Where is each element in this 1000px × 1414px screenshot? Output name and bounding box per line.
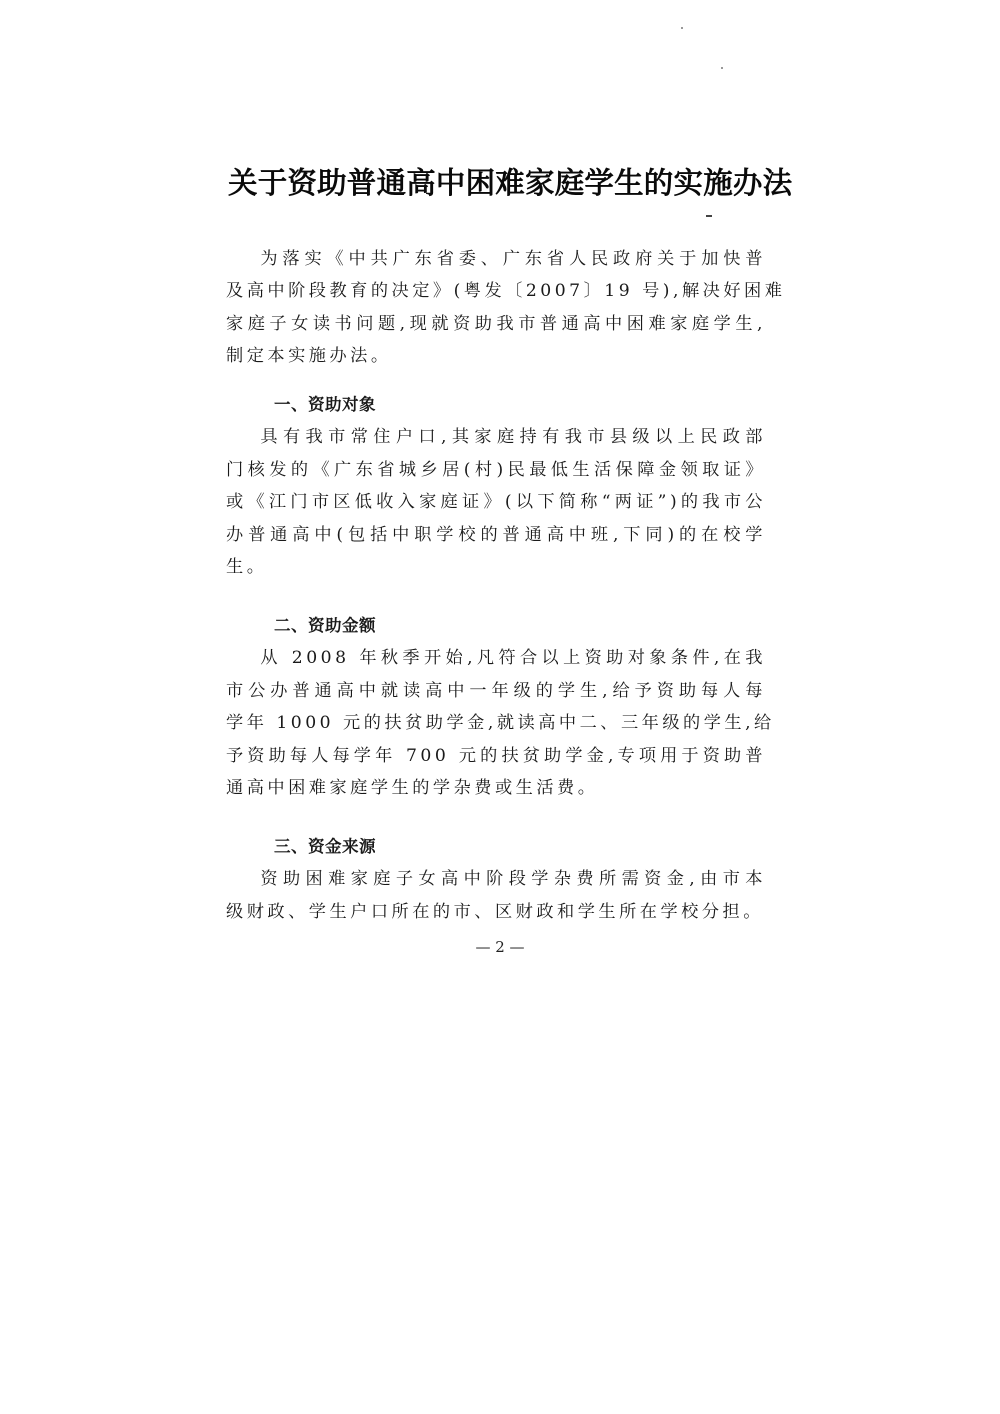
intro-line: 为落实《中共广东省委、广东省人民政府关于加快普 xyxy=(226,243,766,275)
section-line: 具有我市常住户口,其家庭持有我市县级以上民政部 xyxy=(226,421,766,453)
section-line: 门核发的《广东省城乡居(村)民最低生活保障金领取证》 xyxy=(226,454,766,486)
intro-line: 制定本实施办法。 xyxy=(226,340,766,372)
section-line: 生。 xyxy=(226,551,766,583)
section-line: 从 2008 年秋季开始,凡符合以上资助对象条件,在我 xyxy=(226,642,766,674)
section-line: 市公办普通高中就读高中一年级的学生,给予资助每人每 xyxy=(226,675,766,707)
intro-line: 及高中阶段教育的决定》(粤发〔2007〕19 号),解决好困难 xyxy=(226,275,766,307)
scan-mark xyxy=(706,215,712,217)
section-line: 办普通高中(包括中职学校的普通高中班,下同)的在校学 xyxy=(226,519,766,551)
document-page: 关于资助普通高中困难家庭学生的实施办法 为落实《中共广东省委、广东省人民政府关于… xyxy=(0,0,1000,1414)
section-3: 三、资金来源 资助困难家庭子女高中阶段学杂费所需资金,由市本 级财政、学生户口所… xyxy=(226,831,766,928)
intro-line: 家庭子女读书问题,现就资助我市普通高中困难家庭学生, xyxy=(226,308,766,340)
section-line: 通高中困难家庭学生的学杂费或生活费。 xyxy=(226,772,766,804)
section-heading: 一、资助对象 xyxy=(226,389,766,421)
section-line: 资助困难家庭子女高中阶段学杂费所需资金,由市本 xyxy=(226,863,766,895)
scan-speck xyxy=(681,27,683,29)
section-line: 学年 1000 元的扶贫助学金,就读高中二、三年级的学生,给 xyxy=(226,707,766,739)
document-title: 关于资助普通高中困难家庭学生的实施办法 xyxy=(228,160,768,202)
scan-speck xyxy=(721,67,723,69)
section-1: 一、资助对象 具有我市常住户口,其家庭持有我市县级以上民政部 门核发的《广东省城… xyxy=(226,389,766,583)
intro-paragraph: 为落实《中共广东省委、广东省人民政府关于加快普 及高中阶段教育的决定》(粤发〔2… xyxy=(226,243,766,373)
section-heading: 二、资助金额 xyxy=(226,610,766,642)
section-line: 级财政、学生户口所在的市、区财政和学生所在学校分担。 xyxy=(226,896,766,928)
section-heading: 三、资金来源 xyxy=(226,831,766,863)
section-line: 或《江门市区低收入家庭证》(以下简称“两证”)的我市公 xyxy=(226,486,766,518)
section-2: 二、资助金额 从 2008 年秋季开始,凡符合以上资助对象条件,在我 市公办普通… xyxy=(226,610,766,804)
section-line: 予资助每人每学年 700 元的扶贫助学金,专项用于资助普 xyxy=(226,740,766,772)
page-number: — 2 — xyxy=(460,938,540,956)
